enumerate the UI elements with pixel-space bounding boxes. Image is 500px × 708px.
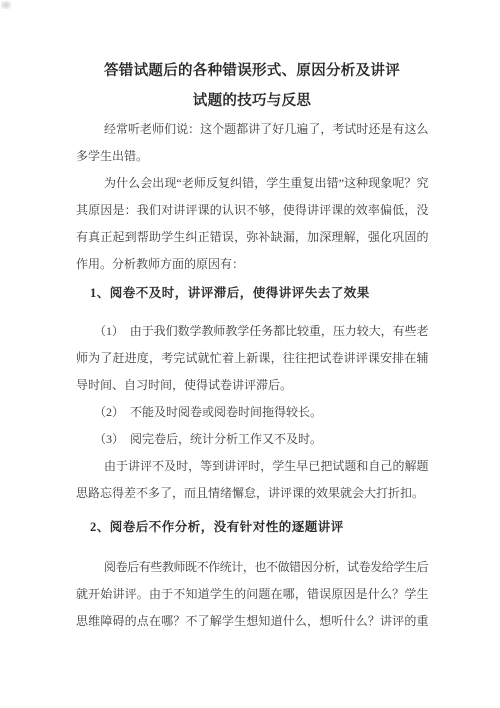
paragraph-line: 作用。分析教师方面的原因有： [76, 251, 428, 278]
doc-title-line-2: 试题的技巧与反思 [76, 86, 428, 116]
list-item-line: （3） 阅完卷后，统计分析工作又不及时。 [76, 426, 428, 453]
paragraph-line: 其原因是：我们对讲评课的认识不够，使得讲评课的效率偏低，没 [76, 197, 428, 224]
paragraph-line: 思路忘得差不多了，而且情绪懈怠，讲评课的效果就会大打折扣。 [76, 480, 428, 507]
paragraph-line: 师为了赶进度，考完试就忙着上新课，往往把试卷讲评课安排在辅 [76, 345, 428, 372]
paragraph-line: 有真正起到帮助学生纠正错误，弥补缺漏，加深理解，强化巩固的 [76, 224, 428, 251]
paragraph-line: 多学生出错。 [76, 143, 428, 170]
paragraph-line: 思维障碍的点在哪？不了解学生想知道什么，想听什么？讲评的重 [76, 608, 428, 635]
paragraph-line: 由于讲评不及时，等到讲评时，学生早已把试题和自己的解题 [76, 453, 428, 480]
document-page: 答错试题后的各种错误形式、原因分析及讲评 试题的技巧与反思 经常听老师们说：这个… [0, 0, 500, 708]
scan-artifact [1, 1, 11, 9]
paragraph-line: （1） 由于我们数学教师教学任务都比较重，压力较大，有些老 [76, 318, 428, 345]
paragraph-line: 导时间、自习时间，使得试卷讲评滞后。 [76, 372, 428, 399]
paragraph-line: 阅卷后有些教师既不作统计，也不做错因分析，试卷发给学生后 [76, 554, 428, 581]
document-content: 答错试题后的各种错误形式、原因分析及讲评 试题的技巧与反思 经常听老师们说：这个… [76, 56, 428, 635]
list-item-line: （2） 不能及时阅卷或阅卷时间拖得较长。 [76, 399, 428, 426]
paragraph-line: 就开始讲评。由于不知道学生的问题在哪，错误原因是什么？学生 [76, 581, 428, 608]
doc-title-line-1: 答错试题后的各种错误形式、原因分析及讲评 [76, 56, 428, 86]
paragraph-line: 为什么会出现“老师反复纠错，学生重复出错”这种现象呢？究 [76, 170, 428, 197]
paragraph-line: 经常听老师们说：这个题都讲了好几遍了，考试时还是有这么 [76, 116, 428, 143]
section-heading-2: 2、阅卷后不作分析，没有针对性的逐题讲评 [76, 514, 428, 541]
section-heading-1: 1、阅卷不及时，讲评滞后，使得讲评失去了效果 [76, 280, 428, 307]
